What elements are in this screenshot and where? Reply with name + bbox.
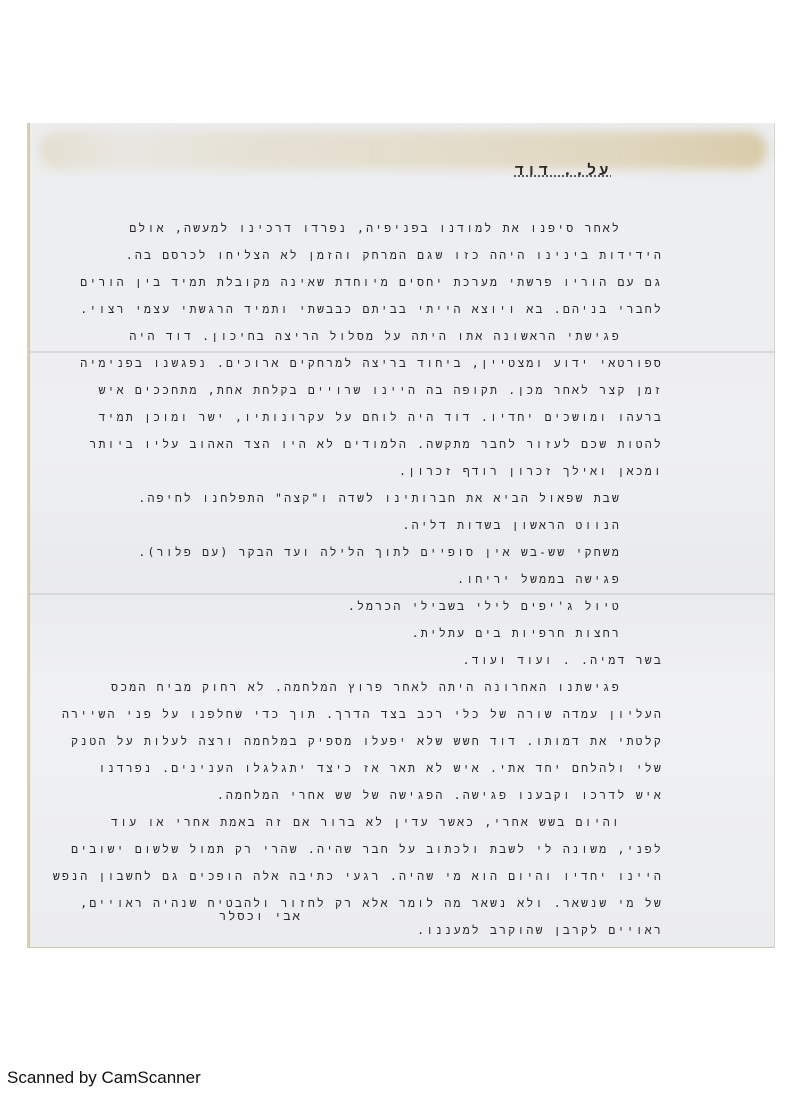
memory-item: משחקי שש-בש אין סופיים לתוך הלילה ועד הב… (143, 539, 663, 566)
text-line: לפני, משונה לי לשבת ולכתוב על חבר שהיה. … (143, 836, 663, 863)
text-line: ומכאן ואילך זכרון רודף זכרון. (143, 458, 663, 485)
text-line: זמן קצר לאחר מכן. תקופה בה היינו שרויים … (143, 377, 663, 404)
text-line: איש לדרכו וקבענו פגישה. הפגישה של שש אחר… (143, 782, 663, 809)
text-line: פגישתנו האחרונה היתה לאחר פרוץ המלחמה. ל… (143, 674, 663, 701)
signature: אבי וכסלר (219, 909, 302, 924)
memory-item: שבת שפאול הביא את חברותינו לשדה ו"קצה" ה… (143, 485, 663, 512)
water-stain (39, 131, 767, 169)
text-line: שלי ולהלחם יחד אתי. איש לא תאר אז כיצד י… (143, 755, 663, 782)
text-line: העליון עמדה שורה של כלי רכב בצד הדרך. תו… (143, 701, 663, 728)
letter-title: על.. דוד (515, 161, 611, 180)
text-line: והיום בשש אחרי, כאשר עדין לא ברור אם זה … (143, 809, 663, 836)
text-line: קלטתי את דמותו. דוד חשש שלא יפעלו מספיק … (143, 728, 663, 755)
memory-item: טיול ג'יפים לילי בשבילי הכרמל. (143, 593, 663, 620)
scanner-watermark: Scanned by CamScanner (7, 1068, 201, 1088)
text-line: היינו יחדיו והיום הוא מי שהיה. רגעי כתיב… (143, 863, 663, 890)
text-line: לאחר סיפנו את למודנו בפניפיה, נפרדו דרכי… (143, 215, 663, 242)
text-line: גם עם הוריו פרשתי מערכת יחסים מיוחדת שאי… (143, 269, 663, 296)
memory-item: פגישה בממשל יריחו. (143, 566, 663, 593)
text-line: ברעהו ומושכים יחדיו. דוד היה לוחם על עקר… (143, 404, 663, 431)
text-line: להטות שכם לעזור לחבר מתקשה. הלמודים לא ה… (143, 431, 663, 458)
text-line: הידידות בינינו היהה כזו שגם המרחק והזמן … (143, 242, 663, 269)
memory-item: רחצות חרפיות בים עתלית. (143, 620, 663, 647)
text-line: פגישתי הראשונה אתו היתה על מסלול הריצה ב… (143, 323, 663, 350)
memory-item: הנווט הראשון בשדות דליה. (143, 512, 663, 539)
text-line: ספורטאי ידוע ומצטיין, ביחוד בריצה למרחקי… (143, 350, 663, 377)
memory-item: בשר דמיה. . ועוד ועוד. (143, 647, 663, 674)
letter-body: לאחר סיפנו את למודנו בפניפיה, נפרדו דרכי… (143, 215, 663, 944)
scanned-letter-page: על.. דוד לאחר סיפנו את למודנו בפניפיה, נ… (27, 123, 775, 948)
text-line: לחברי בניהם. בא ויוצא הייתי בביתם כבבשתי… (143, 296, 663, 323)
